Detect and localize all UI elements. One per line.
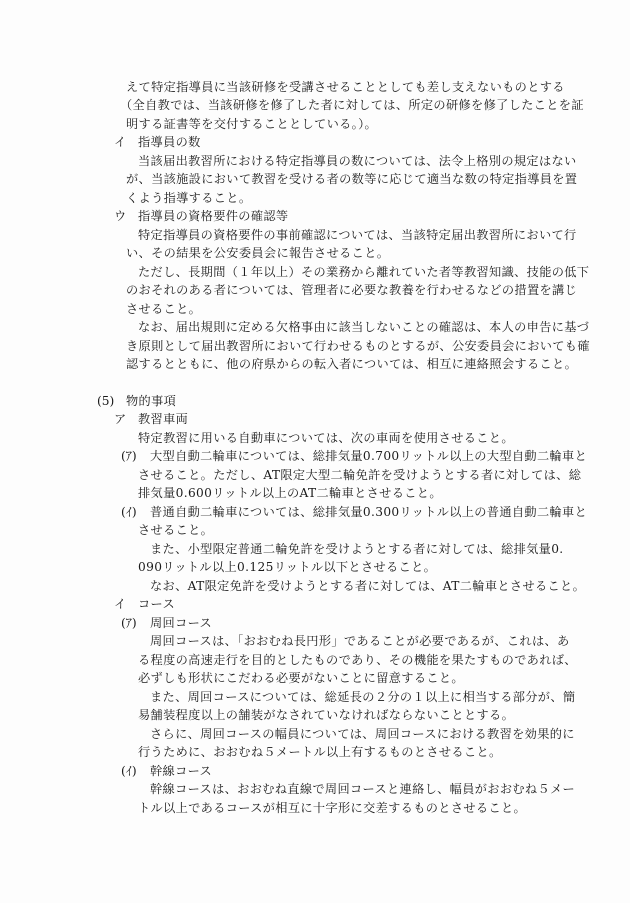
text-line: 幹線コースは、おおむね直線で周回コースと連絡し、幅員がおおむね５メー [150,780,575,798]
text-line: また、小型限定普通二輪免許を受けようとする者に対しては、総排気量0. [150,540,564,558]
heading-title: 指導員の資格要件の確認等 [138,207,288,225]
text-line: のおそれのある者については、管理者に必要な教養を行わせるなどの措置を講じ [126,281,577,299]
heading-title: 指導員の数 [138,133,201,151]
item-marker: (ｲ) [121,503,137,521]
text-line: 当該届出教習所における特定指導員の数については、法令上格別の規定はない [138,152,577,170]
text-line: また、周回コースについては、総延長の２分の１以上に相当する部分が、簡 [150,688,575,706]
heading-marker: ウ [114,207,126,225]
text-line: させること。 [126,300,201,318]
document-page: えて特定指導員に当該研修を受講させることとしても差し支えないものとする （全自教… [0,0,630,903]
text-line: さらに、周回コースの幅員については、周回コースにおける教習を効果的に [150,725,575,743]
heading-title: コース [138,595,175,613]
text-line: なお、AT限定免許を受けようとする者に対しては、AT二輪車とさせること。 [150,577,585,595]
text-line: 大型自動二輪車については、総排気量0.700リットル以上の大型自動二輪車と [150,447,587,465]
text-line: 排気量0.600リットル以上のAT二輪車とさせること。 [138,484,442,502]
text-line: 特定教習に用いる自動車については、次の車両を使用させること。 [138,429,514,447]
text-line: 090リットル以上0.125リットル以下とさせること。 [138,558,436,576]
text-line: ただし、長期間（１年以上）その業務から離れていた者等教習知識、技能の低下 [138,263,589,281]
text-line: 必ずしも形状にこだわる必要がないことに留意すること。 [138,669,464,687]
text-line: させること。ただし、AT限定大型二輪免許を受けようとする者に対しては、総 [138,466,581,484]
text-line: い、その結果を公安委員会に報告させること。 [126,244,389,262]
section-marker: (5) [97,392,114,410]
item-marker: (ｲ) [121,762,137,780]
text-line: が、当該施設において教習を受ける者の数等に応じて適当な数の特定指導員を置 [126,170,577,188]
text-line: させること。 [138,521,213,539]
text-line: る程度の高速走行を目的としたものであり、その機能を果たすものであれば、 [138,651,577,669]
text-line: トル以上であるコースが相互に十字形に交差するものとさせること。 [138,799,526,817]
heading-title: 教習車両 [138,410,188,428]
text-line: （全自教では、当該研修を修了した者に対しては、所定の研修を修了したことを証 [120,96,584,114]
heading-marker: ア [114,410,126,428]
text-line: 明する証書等を交付することとしている。）。 [126,115,377,133]
text-line: 認するとともに、他の府県からの転入者については、相互に連絡照会すること。 [126,355,577,373]
item-marker: (ｱ) [121,447,137,465]
text-line: 行うために、おおむね５メートル以上有するものとさせること。 [138,743,502,761]
heading-marker: イ [114,133,126,151]
heading-marker: イ [114,595,126,613]
text-line: 特定指導員の資格要件の事前確認については、当該特定届出教習所において行 [138,226,577,244]
text-line: なお、届出規則に定める欠格事由に該当しないことの確認は、本人の申告に基づ [138,318,589,336]
item-marker: (ｱ) [121,614,137,632]
text-line: 普通自動二輪車については、総排気量0.300リットル以上の普通自動二輪車と [150,503,587,521]
section-title: 物的事項 [126,392,176,410]
text-line: くよう指導すること。 [126,189,251,207]
item-title: 幹線コース [150,762,212,780]
text-line: えて特定指導員に当該研修を受講させることとしても差し支えないものとする [126,78,565,96]
text-line: 易舗装程度以上の舗装がなされていなければならないこととする。 [138,706,514,724]
text-line: き原則として届出教習所において行わせるものとするが、公安委員会においても確 [126,337,590,355]
item-title: 周回コース [150,614,212,632]
text-line: 周回コースは、「おおむね長円形」であることが必要であるが、これは、あ [150,632,570,650]
